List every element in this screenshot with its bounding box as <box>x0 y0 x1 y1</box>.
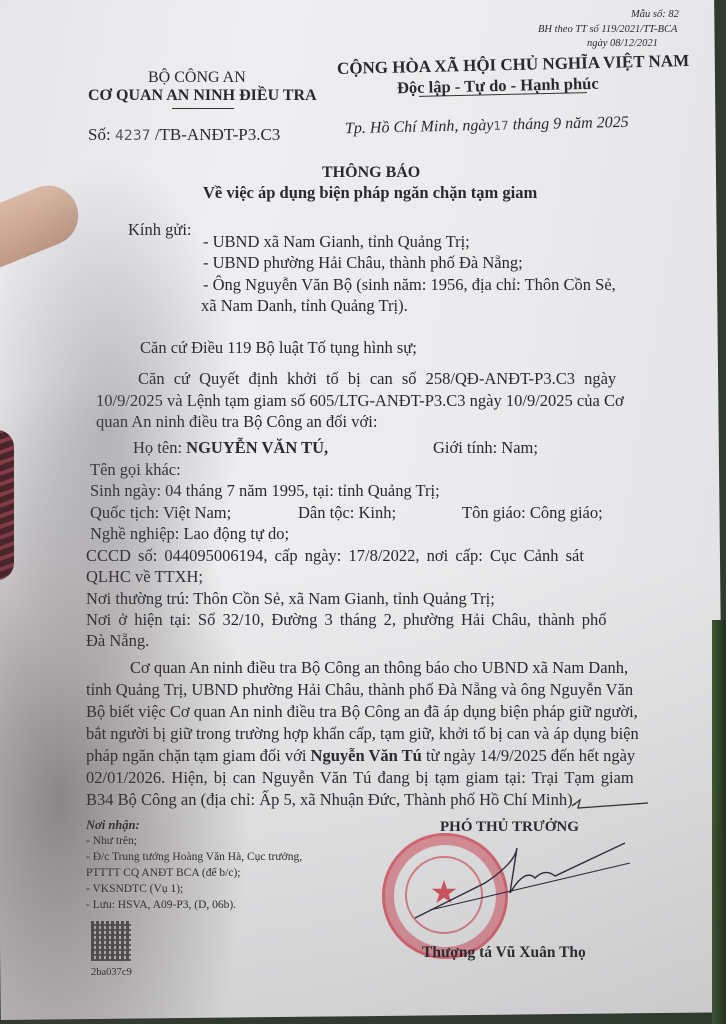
form-issued-date: ngày 08/12/2021 <box>587 39 658 50</box>
notice-heading: THÔNG BÁO <box>322 165 420 181</box>
basis-line: quan An ninh điều tra Bộ Công an đối với… <box>96 414 377 431</box>
recipients-label: Kính gửi: <box>128 222 192 239</box>
notice-line: bắt người bị giữ trong trường hợp khẩn c… <box>86 726 639 743</box>
sleeve-in-photo <box>0 430 14 580</box>
doc-no-handwritten: 4237 <box>115 128 151 144</box>
person-nationality: Quốc tịch: Việt Nam; <box>90 505 231 522</box>
qr-code <box>91 921 131 961</box>
recipient-item: xã Nam Danh, tỉnh Quảng Trị). <box>201 298 408 315</box>
basis-line: Căn cứ Quyết định khởi tố bị can số 258/… <box>138 371 616 388</box>
person-name-row: Họ tên: NGUYỄN VĂN TÚ, <box>133 440 328 457</box>
person-permanent-address: Nơi thường trú: Thôn Cồn Sẻ, xã Nam Gian… <box>86 591 495 608</box>
person-current-address: Nơi ở hiện tại: Số 32/10, Đường 3 tháng … <box>86 612 607 629</box>
suspect-name: Nguyễn Văn Tú <box>311 746 422 765</box>
basis-line: 10/9/2025 và Lệnh tạm giam số 605/LTG-AN… <box>96 393 624 410</box>
notice-text: từ ngày 14/9/2025 đến hết ngày <box>426 746 635 765</box>
doc-number: Số: 4237 /TB-ANĐT-P3.C3 <box>88 126 280 143</box>
distribution-item: - Lưu: HSVA, A09-P3, (D, 06b). <box>86 900 236 912</box>
place-date-prefix: Tp. Hồ Chí Minh, ngày <box>345 117 494 137</box>
notice-line: Cơ quan An ninh điều tra Bộ Công an thôn… <box>130 660 628 677</box>
signer-title: PHÓ THỦ TRƯỞNG <box>440 820 579 835</box>
qr-code-text: 2ba037c9 <box>91 968 132 979</box>
unit-underline <box>172 108 234 109</box>
notice-subject: Về việc áp dụng biện pháp ngăn chặn tạm … <box>203 185 537 202</box>
doc-no-suffix: /TB-ANĐT-P3.C3 <box>155 125 280 144</box>
handwritten-mark <box>570 796 650 810</box>
doc-no-label: Số: <box>88 125 111 144</box>
day-handwritten: 17 <box>493 119 509 133</box>
notice-text: pháp ngăn chặn tạm giam đối với <box>86 746 306 765</box>
recipient-item: - Ông Nguyễn Văn Bộ (sinh năm: 1956, địa… <box>203 277 616 294</box>
basis-line: Căn cứ Điều 119 Bộ luật Tố tụng hình sự; <box>140 340 417 357</box>
place-date-suffix: tháng 9 năm 2025 <box>513 114 629 134</box>
signature-scribble <box>405 838 635 928</box>
person-birth: Sinh ngày: 04 tháng 7 năm 1995, tại: tỉn… <box>90 483 440 500</box>
distribution-item: - Như trên; <box>86 836 137 848</box>
distribution-item: - Đ/c Trung tướng Hoàng Văn Hà, Cục trưở… <box>86 852 302 864</box>
name-label: Họ tên: <box>133 438 182 457</box>
person-alias: Tên gọi khác: <box>90 462 181 479</box>
person-current-address: Đà Nẵng. <box>86 633 149 650</box>
person-name: NGUYỄN VĂN TÚ, <box>186 438 328 457</box>
unit-name: CƠ QUAN AN NINH ĐIỀU TRA <box>88 88 317 104</box>
notice-line: pháp ngăn chặn tạm giam đối với Nguyễn V… <box>86 748 635 765</box>
signer-name: Thượng tá Vũ Xuân Thọ <box>422 945 586 961</box>
person-ethnicity: Dân tộc: Kinh; <box>298 505 396 522</box>
person-id-line: CCCD số: 044095006194, cấp ngày: 17/8/20… <box>86 548 584 565</box>
person-occupation: Nghề nghiệp: Lao động tự do; <box>90 526 289 543</box>
recipient-item: - UBND xã Nam Gianh, tỉnh Quảng Trị; <box>203 234 470 251</box>
distribution-item: - VKSNDTC (Vụ 1); <box>86 884 183 896</box>
ministry-name: BỘ CÔNG AN <box>148 70 246 86</box>
person-id-line: QLHC về TTXH; <box>86 569 203 586</box>
person-religion: Tôn giáo: Công giáo; <box>462 505 603 522</box>
background-edge <box>712 620 726 1024</box>
distribution-item: PTTTT CQ ANĐT BCA (để b/c); <box>86 868 241 880</box>
notice-line: Bộ biết việc Cơ quan An ninh điều tra Bộ… <box>86 704 638 721</box>
recipient-item: - UBND phường Hải Châu, thành phố Đà Nẵn… <box>203 255 523 272</box>
notice-line: B34 Bộ Công an (địa chỉ: Ấp 5, xã Nhuận … <box>86 792 577 809</box>
notice-line: tỉnh Quảng Trị, UBND phường Hải Châu, th… <box>86 682 633 699</box>
person-gender: Giới tính: Nam; <box>433 440 538 457</box>
notice-line: 02/01/2026. Hiện, bị can Nguyễn Văn Tú đ… <box>86 770 634 787</box>
form-number: Mẫu số: 82 <box>631 10 679 21</box>
form-issued-by: BH theo TT số 119/2021/TT-BCA <box>538 25 677 36</box>
distribution-label: Nơi nhận: <box>86 819 140 832</box>
